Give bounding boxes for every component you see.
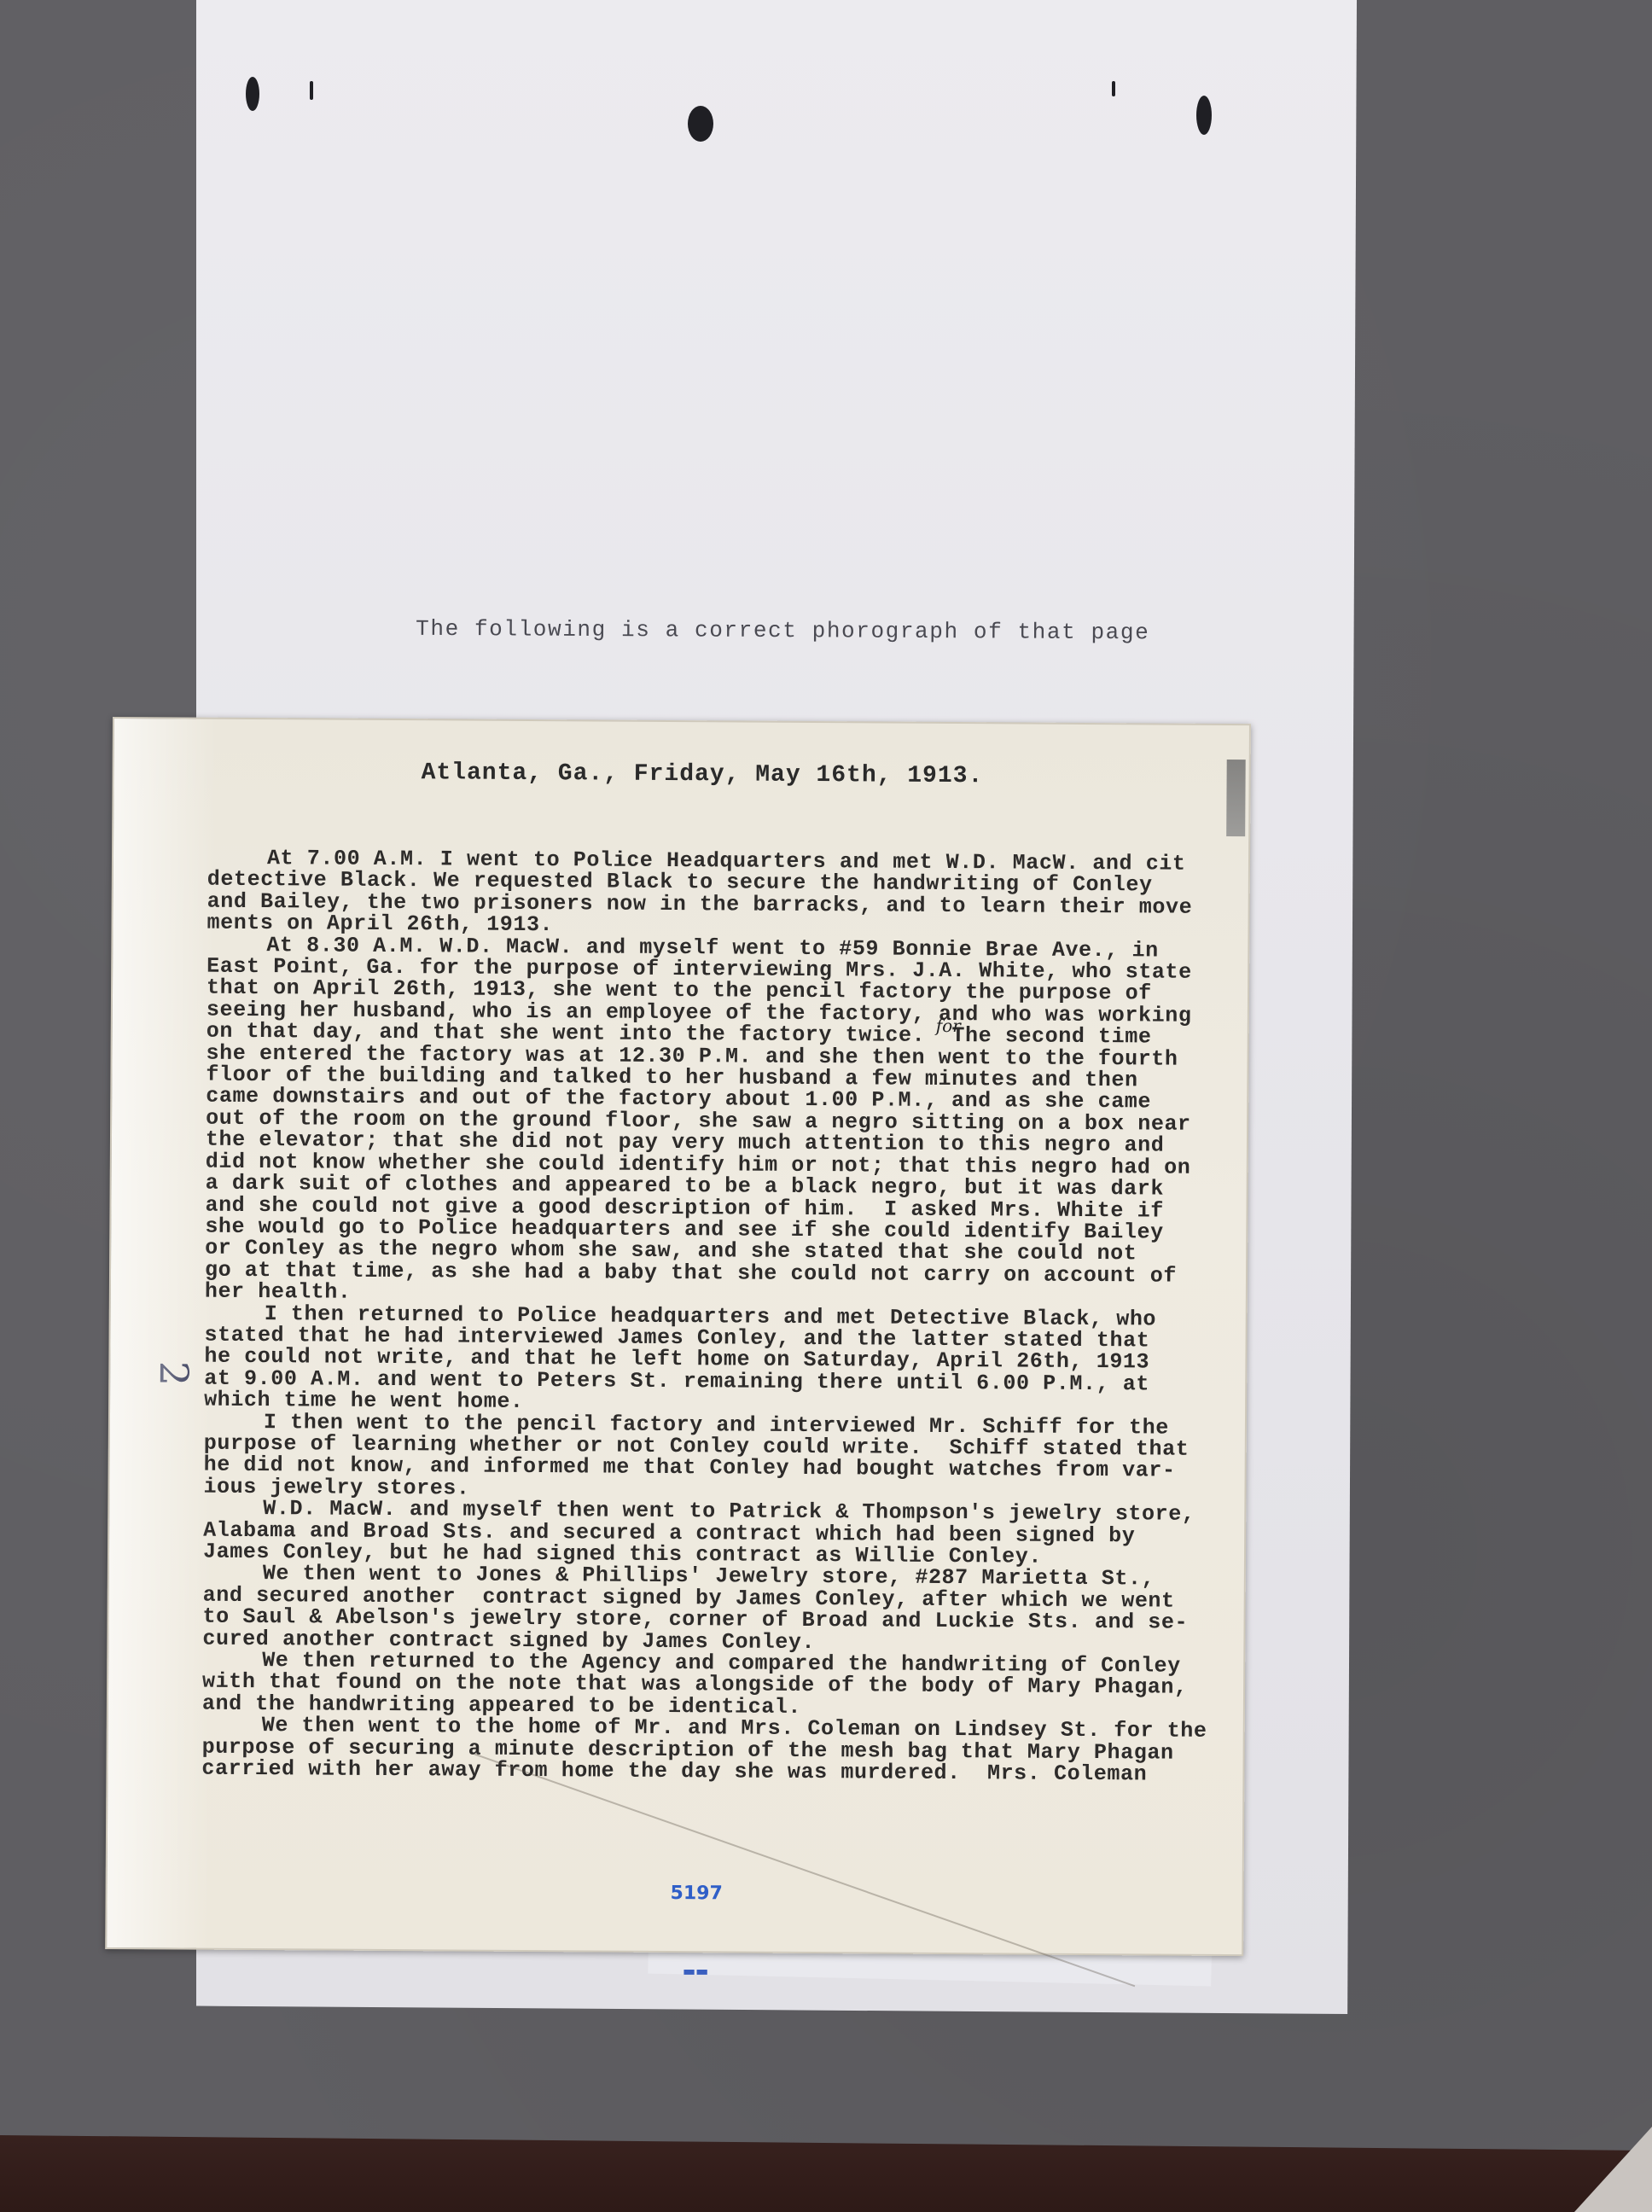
underlying-page-stamp: ▬▬ xyxy=(683,1963,708,1979)
handwritten-insert: for xyxy=(936,1016,961,1036)
report-photostat: Atlanta, Ga., Friday, May 16th, 1913. At… xyxy=(105,717,1251,1956)
report-line: carried with her away from home the day … xyxy=(201,1758,1242,1786)
light-glare xyxy=(107,719,217,1948)
report-body-text: At 7.00 A.M. I went to Police Headquarte… xyxy=(201,847,1248,1786)
report-heading: Atlanta, Ga., Friday, May 16th, 1913. xyxy=(422,760,984,789)
punch-hole-right xyxy=(1196,96,1212,135)
report-line: go at that time, as she had a baby that … xyxy=(205,1259,1246,1287)
punch-mark-left-small xyxy=(310,81,313,100)
paper-crease xyxy=(474,1754,1135,1988)
punch-hole-center xyxy=(688,106,713,142)
tape-mark xyxy=(1226,760,1246,836)
punch-mark-right-small xyxy=(1112,81,1115,96)
punch-hole-left xyxy=(246,77,259,111)
page-number-stamp: 5197 xyxy=(671,1883,723,1904)
margin-mark: 2 xyxy=(151,1361,197,1387)
intro-line: The following is a correct phorograph of… xyxy=(281,602,1202,659)
